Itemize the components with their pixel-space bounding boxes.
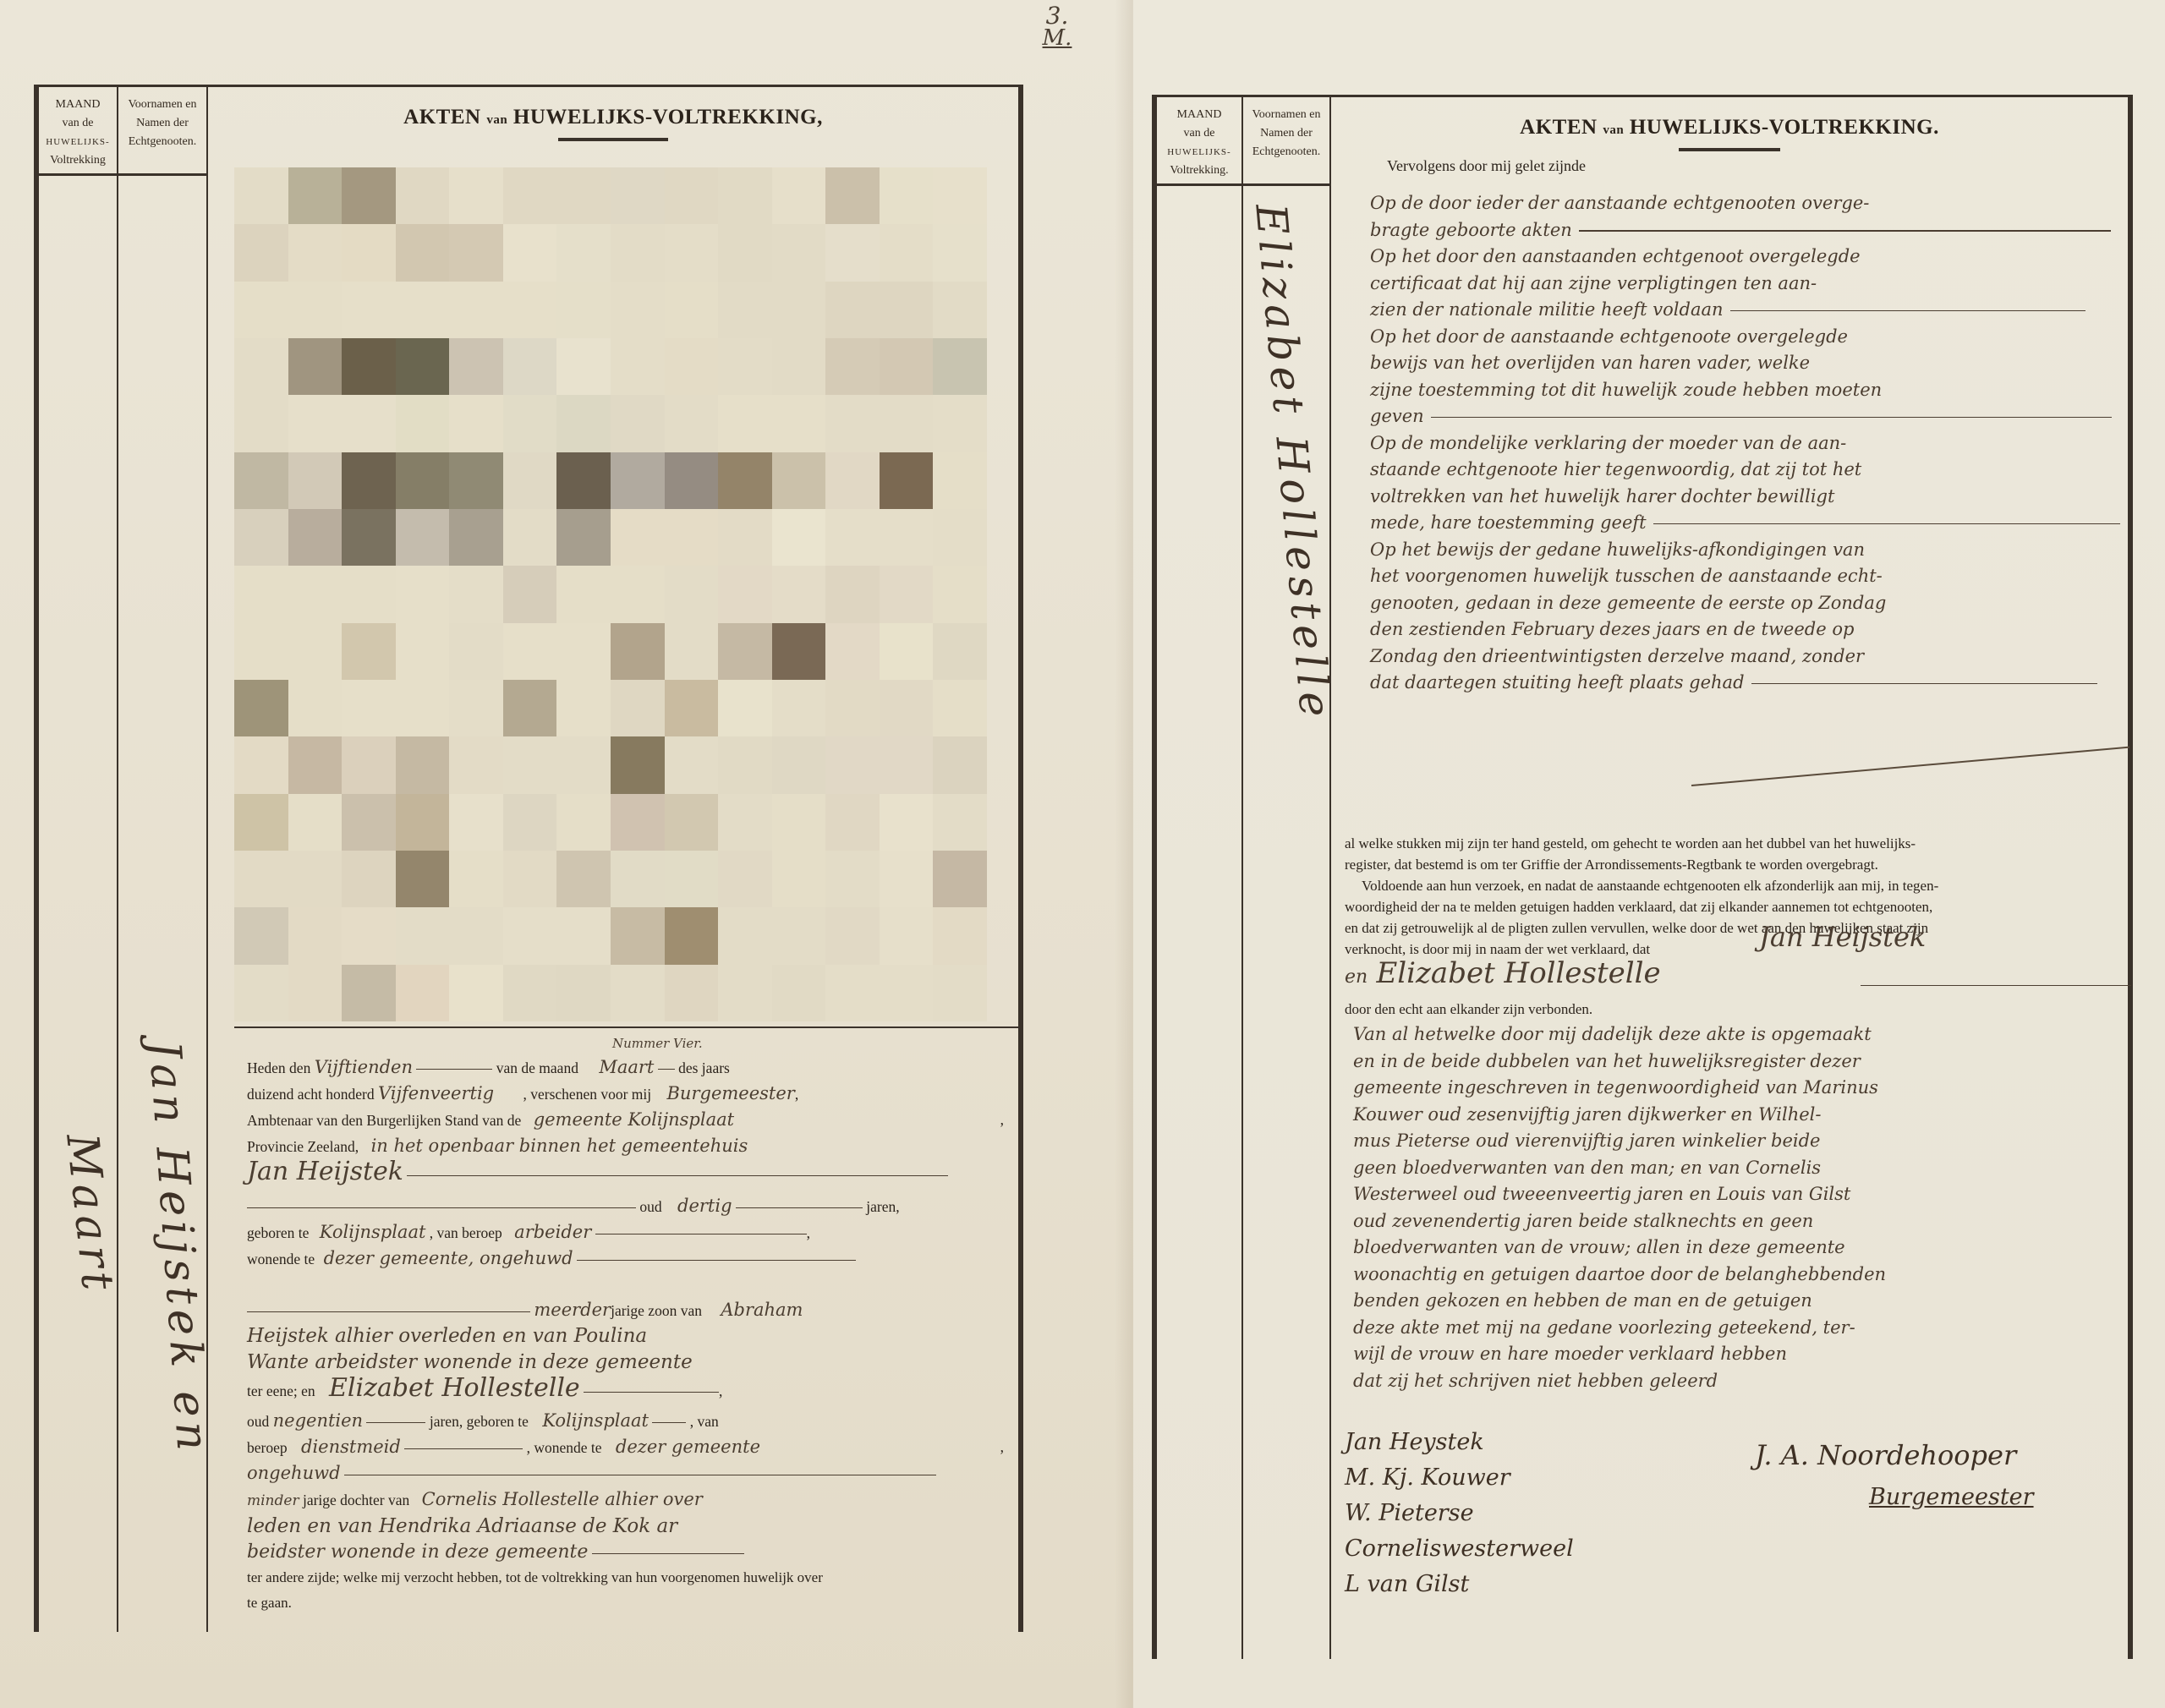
redacted-pixel	[396, 509, 450, 566]
redacted-pixel	[556, 224, 611, 281]
intro-text: Vervolgens door mij gelet zijnde	[1387, 157, 1586, 175]
consideration-line: genooten, gedaan in deze gemeente de eer…	[1370, 590, 2131, 617]
closing-line: Van al hetwelke door mij dadelijk deze a…	[1353, 1021, 2114, 1048]
label-van-beroep: , van beroep	[430, 1224, 502, 1241]
redacted-pixel	[503, 794, 557, 851]
redacted-pixel	[556, 794, 611, 851]
redacted-pixel	[718, 566, 772, 622]
redacted-pixel	[611, 623, 665, 680]
header-echtgenooten: Echtgenooten.	[118, 133, 206, 151]
redacted-pixel	[396, 965, 450, 1021]
consideration-line: het voorgenomen huwelijk tusschen de aan…	[1370, 563, 2131, 590]
redacted-pixel	[665, 680, 719, 736]
redacted-pixel	[503, 566, 557, 622]
redacted-pixel	[665, 965, 719, 1021]
consideration-line: bragte geboorte akten	[1370, 217, 2131, 244]
redacted-pixel	[396, 623, 450, 680]
bride-birthplace: Kolijnsplaat	[542, 1410, 649, 1431]
printed-line: al welke stukken mij zijn ter hand geste…	[1345, 833, 2131, 854]
redacted-pixel	[772, 167, 826, 224]
redacted-pixel	[825, 851, 880, 907]
redacted-pixel	[396, 736, 450, 793]
redacted-pixel	[825, 452, 880, 509]
groom-majority: meerder	[534, 1300, 611, 1320]
redacted-pixel	[288, 907, 343, 964]
redacted-pixel	[288, 282, 343, 338]
redacted-pixel	[288, 338, 343, 395]
redacted-pixel	[611, 907, 665, 964]
redacted-pixel	[611, 452, 665, 509]
groom-father-first: Abraham	[721, 1300, 803, 1320]
consideration-line: mede, hare toestemming geeft	[1370, 510, 2131, 537]
redacted-pixel	[772, 736, 826, 793]
redacted-pixel	[825, 509, 880, 566]
closing-paragraph: Van al hetwelke door mij dadelijk deze a…	[1353, 1021, 2114, 1394]
redacted-pixel	[933, 851, 987, 907]
redacted-pixel	[611, 794, 665, 851]
redacted-pixel	[718, 167, 772, 224]
redacted-pixel	[503, 907, 557, 964]
act-month: Maart	[599, 1057, 654, 1077]
redacted-pixel	[880, 851, 934, 907]
redacted-pixel	[718, 965, 772, 1021]
header-voornamen: Voornamen en	[118, 96, 206, 114]
redacted-pixel	[933, 736, 987, 793]
redacted-pixel	[556, 851, 611, 907]
redacted-pixel	[449, 907, 503, 964]
redacted-pixel	[288, 794, 343, 851]
redacted-pixel	[396, 282, 450, 338]
redacted-pixel	[288, 566, 343, 622]
closing-line: deze akte met mij na gedane voorlezing g…	[1353, 1315, 2114, 1342]
redacted-pixel	[880, 167, 934, 224]
redacted-pixel	[880, 395, 934, 452]
redacted-pixel	[880, 680, 934, 736]
redacted-pixel	[556, 566, 611, 622]
consideration-line: staande echtgenoote hier tegenwoordig, d…	[1370, 457, 2131, 484]
fill-line	[1431, 417, 2112, 419]
redacted-pixel	[772, 794, 826, 851]
redacted-pixel	[933, 680, 987, 736]
redacted-pixel	[396, 680, 450, 736]
signature-witness-van-gilst: L van Gilst	[1345, 1567, 1574, 1602]
label-wonende-te: wonende te	[247, 1251, 315, 1267]
redacted-pixel	[449, 623, 503, 680]
printed-declaration: al welke stukken mij zijn ter hand geste…	[1345, 833, 2131, 1020]
redacted-pixel	[449, 965, 503, 1021]
redacted-pixel	[611, 338, 665, 395]
groom-name: Jan Heijstek	[247, 1157, 403, 1186]
redacted-pixel	[772, 851, 826, 907]
redacted-pixel	[611, 680, 665, 736]
signature-witness-pieterse: W. Pieterse	[1345, 1496, 1574, 1531]
redacted-pixel	[933, 395, 987, 452]
redacted-pixel	[342, 965, 396, 1021]
redacted-pixel	[449, 338, 503, 395]
label-jarige-zoon-van: jarige zoon van	[611, 1302, 702, 1319]
label-des-jaars: des jaars	[678, 1059, 730, 1076]
act-day: Vijftienden	[315, 1057, 413, 1077]
redacted-pixel	[503, 965, 557, 1021]
title-huwelijks: HUWELIJKS-VOLTREKKING.	[1630, 116, 1939, 139]
redacted-pixel	[718, 623, 772, 680]
redacted-pixel	[718, 224, 772, 281]
header-voornamen: Voornamen en	[1243, 106, 1329, 124]
redacted-pixel	[665, 736, 719, 793]
redacted-pixel	[825, 736, 880, 793]
redacted-pixel	[234, 395, 288, 452]
consideration-line: zijne toestemming tot dit huwelijk zoude…	[1370, 377, 2131, 404]
redacted-pixel	[342, 851, 396, 907]
redacted-pixel	[825, 224, 880, 281]
redacted-pixel	[880, 736, 934, 793]
redacted-pixel	[396, 167, 450, 224]
consideration-line: Op de door ieder der aanstaande echtgeno…	[1370, 190, 2131, 217]
act-official: Burgemeester	[667, 1083, 795, 1103]
printed-line: register, dat bestemd is om ter Griffie …	[1345, 854, 2131, 875]
redacted-pixel	[825, 907, 880, 964]
redacted-pixel	[449, 395, 503, 452]
title-van: van	[1603, 123, 1624, 137]
redacted-pixel	[718, 794, 772, 851]
declared-and: en	[1345, 966, 1368, 988]
title-rule	[1679, 148, 1780, 151]
bride-status: ongehuwd	[247, 1463, 341, 1483]
redacted-pixel	[234, 282, 288, 338]
fill-line	[366, 1422, 425, 1423]
header-van-de: van de	[39, 114, 117, 133]
label-van: , van	[690, 1413, 719, 1430]
bride-parents-line-2: leden en van Hendrika Adriaanse de Kok a…	[247, 1515, 677, 1537]
bride-occupation: dienstmeid	[301, 1437, 401, 1457]
closing-line: benden gekozen en hebben de man en de ge…	[1353, 1288, 2114, 1315]
redacted-pixel	[880, 965, 934, 1021]
redacted-pixel	[718, 452, 772, 509]
signature-witness-westerweel: Corneliswesterweel	[1345, 1531, 1574, 1567]
label-duizend: duizend acht honderd	[247, 1086, 375, 1103]
redacted-pixel	[772, 623, 826, 680]
redacted-pixel	[288, 452, 343, 509]
label-provincie: Provincie Zeeland,	[247, 1138, 359, 1155]
redacted-pixel	[234, 965, 288, 1021]
redacted-pixel	[449, 224, 503, 281]
redacted-pixel	[718, 509, 772, 566]
printed-line: verknocht, is door mij in naam der wet v…	[1345, 941, 1650, 957]
redacted-pixel	[234, 509, 288, 566]
consideration-line: voltrekken van het huwelijk harer dochte…	[1370, 484, 2131, 511]
redacted-pixel	[556, 452, 611, 509]
redacted-region	[234, 167, 987, 1021]
redacted-pixel	[611, 509, 665, 566]
redacted-pixel	[342, 907, 396, 964]
names-column-header: Voornamen en Namen der Echtgenooten.	[118, 87, 206, 176]
closing-line: Westerweel oud tweeenveertig jaren en Lo…	[1353, 1181, 2114, 1208]
header-huwelijks: HUWELIJKS-	[1157, 143, 1241, 161]
redacted-pixel	[718, 395, 772, 452]
redacted-pixel	[396, 907, 450, 964]
act-number-note: Nummer Vier.	[612, 1031, 703, 1056]
redacted-pixel	[665, 623, 719, 680]
redacted-pixel	[933, 338, 987, 395]
redacted-pixel	[503, 282, 557, 338]
redacted-pixel	[665, 566, 719, 622]
redacted-pixel	[503, 167, 557, 224]
redacted-pixel	[503, 395, 557, 452]
label-ambtenaar: Ambtenaar van den Burgerlijken Stand van…	[247, 1112, 521, 1129]
closing-line: oud zevenendertig jaren beide stalknecht…	[1353, 1208, 2114, 1235]
redacted-pixel	[288, 224, 343, 281]
groom-parents-line-3: Wante arbeidster wonende in deze gemeent…	[247, 1351, 693, 1373]
redacted-pixel	[718, 680, 772, 736]
redacted-pixel	[342, 224, 396, 281]
redacted-pixel	[288, 965, 343, 1021]
redacted-pixel	[396, 566, 450, 622]
fill-line	[407, 1175, 948, 1176]
redacted-pixel	[880, 224, 934, 281]
redacted-pixel	[288, 623, 343, 680]
redacted-pixel	[503, 452, 557, 509]
marriage-act-text: Nummer Vier. Heden den Vijftienden van d…	[247, 1036, 1012, 1616]
fill-line	[658, 1069, 675, 1070]
label-oud: oud	[639, 1198, 661, 1215]
bride-parents-line-3: beidster wonende in deze gemeente	[247, 1541, 588, 1563]
redacted-pixel	[503, 736, 557, 793]
redacted-pixel	[772, 224, 826, 281]
month-column-header: MAAND van de HUWELIJKS- Voltrekking.	[1157, 97, 1241, 186]
closing-line: en in de beide dubbelen van het huwelijk…	[1353, 1048, 2114, 1076]
act-closing-line-1: ter andere zijde; welke mij verzocht heb…	[247, 1565, 1012, 1590]
label-jaren: jaren,	[866, 1198, 899, 1215]
redacted-pixel	[449, 509, 503, 566]
redacted-pixel	[503, 509, 557, 566]
fill-line	[416, 1069, 492, 1070]
consideration-line: Op het door de aanstaande echtgenoote ov…	[1370, 324, 2131, 351]
redacted-pixel	[933, 509, 987, 566]
label-heden-den: Heden den	[247, 1059, 310, 1076]
redacted-pixel	[342, 452, 396, 509]
redacted-pixel	[665, 338, 719, 395]
redacted-pixel	[342, 794, 396, 851]
header-voltrekking: Voltrekking.	[1157, 161, 1241, 180]
label-van-de-maand: van de maand	[496, 1059, 578, 1076]
redacted-pixel	[665, 794, 719, 851]
header-maand: MAAND	[39, 96, 117, 114]
redacted-pixel	[880, 566, 934, 622]
redacted-pixel	[611, 566, 665, 622]
redacted-pixel	[342, 736, 396, 793]
closing-line: dat zij het schrijven niet hebben geleer…	[1353, 1368, 2114, 1395]
redacted-pixel	[825, 566, 880, 622]
title-huwelijks: HUWELIJKS-VOLTREKKING,	[513, 106, 823, 129]
redacted-pixel	[234, 452, 288, 509]
header-huwelijks: HUWELIJKS-	[39, 133, 117, 151]
redacted-pixel	[933, 623, 987, 680]
fill-line	[736, 1207, 863, 1208]
groom-age: dertig	[677, 1196, 732, 1216]
redacted-pixel	[772, 452, 826, 509]
redacted-pixel	[933, 965, 987, 1021]
left-page: MAAND van de HUWELIJKS- Voltrekking Voor…	[0, 0, 1133, 1708]
groom-residence: dezer gemeente, ongehuwd	[324, 1248, 573, 1268]
header-voltrekking: Voltrekking	[39, 151, 117, 170]
header-van-de: van de	[1157, 124, 1241, 143]
redacted-pixel	[396, 452, 450, 509]
printed-line: en dat zij getrouwelijk al de pligten zu…	[1345, 917, 2131, 939]
redacted-pixel	[234, 224, 288, 281]
redacted-pixel	[342, 623, 396, 680]
redacted-pixel	[611, 282, 665, 338]
fill-line	[247, 1311, 530, 1312]
declared-groom: Jan Heijstek	[1759, 927, 1926, 948]
redacted-pixel	[234, 794, 288, 851]
mayor-signature: J. A. Noordehooper	[1755, 1437, 2016, 1473]
left-title-area: AKTEN van HUWELIJKS-VOLTREKKING,	[208, 87, 1018, 172]
closing-line: bloedverwanten van de vrouw; allen in de…	[1353, 1234, 2114, 1262]
redacted-pixel	[288, 680, 343, 736]
redacted-pixel	[234, 338, 288, 395]
consideration-line: bewijs van het overlijden van haren vade…	[1370, 350, 2131, 377]
redacted-pixel	[611, 851, 665, 907]
redacted-pixel	[234, 167, 288, 224]
redacted-pixel	[718, 282, 772, 338]
fill-line	[577, 1260, 856, 1261]
consideration-line: Op het bewijs der gedane huwelijks-afkon…	[1370, 537, 2131, 564]
header-namen-der: Namen der	[118, 114, 206, 133]
redacted-pixel	[503, 851, 557, 907]
signature-witness-kouwer: M. Kj. Kouwer	[1345, 1460, 1574, 1496]
redacted-pixel	[556, 395, 611, 452]
redacted-pixel	[288, 395, 343, 452]
redacted-pixel	[825, 623, 880, 680]
redacted-pixel	[665, 851, 719, 907]
signature-groom: Jan Heystek	[1345, 1425, 1574, 1460]
redacted-pixel	[825, 965, 880, 1021]
redacted-pixel	[933, 566, 987, 622]
act-municipality: gemeente Kolijnsplaat	[534, 1109, 734, 1130]
printed-line: Voldoende aan hun verzoek, en nadat de a…	[1345, 875, 2131, 896]
form-title: AKTEN van HUWELIJKS-VOLTREKKING.	[1331, 97, 2128, 140]
redacted-pixel	[665, 395, 719, 452]
redacted-pixel	[449, 167, 503, 224]
redacted-pixel	[825, 167, 880, 224]
redacted-pixel	[772, 907, 826, 964]
label-beroep: beroep	[247, 1439, 288, 1456]
redacted-pixel	[718, 851, 772, 907]
redacted-pixel	[556, 338, 611, 395]
closing-line: Kouwer oud zesenvijftig jaren dijkwerker…	[1353, 1102, 2114, 1129]
label-geboren-te: geboren te	[247, 1224, 309, 1241]
redacted-pixel	[234, 680, 288, 736]
declared-bride: Elizabet Hollestelle	[1376, 956, 1660, 990]
redacted-pixel	[503, 623, 557, 680]
fill-line	[247, 1207, 636, 1208]
redacted-pixel	[880, 509, 934, 566]
redacted-pixel	[611, 167, 665, 224]
mayor-title: Burgemeester	[1869, 1480, 2034, 1515]
redacted-pixel	[933, 282, 987, 338]
redacted-pixel	[396, 338, 450, 395]
header-maand: MAAND	[1157, 106, 1241, 124]
redacted-pixel	[611, 965, 665, 1021]
consideration-line: Op de mondelijke verklaring der moeder v…	[1370, 430, 2131, 457]
redacted-pixel	[933, 794, 987, 851]
redacted-pixel	[880, 338, 934, 395]
consideration-line: geven	[1370, 403, 2131, 430]
printed-line: woordigheid der na te melden getuigen ha…	[1345, 896, 2131, 917]
redacted-pixel	[880, 623, 934, 680]
redacted-pixel	[611, 395, 665, 452]
redacted-pixel	[880, 282, 934, 338]
fill-line	[1730, 310, 2086, 312]
redacted-pixel	[718, 736, 772, 793]
redacted-pixel	[234, 566, 288, 622]
redacted-pixel	[556, 965, 611, 1021]
fill-line	[1653, 523, 2120, 525]
redacted-pixel	[449, 452, 503, 509]
groom-birthplace: Kolijnsplaat	[320, 1222, 426, 1242]
redacted-pixel	[449, 851, 503, 907]
redacted-pixel	[611, 224, 665, 281]
consideration-line: zien der nationale militie heeft voldaan	[1370, 297, 2131, 324]
redacted-pixel	[449, 736, 503, 793]
redacted-pixel	[825, 282, 880, 338]
considerations-list: Op de door ieder der aanstaande echtgeno…	[1370, 190, 2131, 697]
redacted-pixel	[396, 395, 450, 452]
folio-mark: M.	[1019, 27, 1095, 49]
consideration-line: Op het door den aanstaanden echtgenoot o…	[1370, 244, 2131, 271]
redacted-pixel	[825, 395, 880, 452]
bride-parents-line-1: Cornelis Hollestelle alhier over	[422, 1489, 703, 1509]
closing-line: geen bloedverwanten van den man; en van …	[1353, 1155, 2114, 1182]
redacted-pixel	[825, 338, 880, 395]
redacted-pixel	[772, 338, 826, 395]
label-jaren-geboren-te: jaren, geboren te	[430, 1413, 529, 1430]
fill-line	[1579, 230, 2111, 232]
redacted-pixel	[556, 736, 611, 793]
redacted-pixel	[234, 623, 288, 680]
redacted-pixel	[234, 851, 288, 907]
act-year: Vijfenveertig	[378, 1083, 494, 1103]
redacted-pixel	[556, 282, 611, 338]
redacted-pixel	[718, 907, 772, 964]
redacted-pixel	[288, 167, 343, 224]
bride-name: Elizabet Hollestelle	[329, 1373, 580, 1403]
label-ter-eene: ter eene; en	[247, 1382, 315, 1399]
closing-line: gemeente ingeschreven in tegenwoordighei…	[1353, 1075, 2114, 1102]
redacted-pixel	[772, 395, 826, 452]
redacted-pixel	[288, 509, 343, 566]
redacted-pixel	[342, 282, 396, 338]
consideration-line: certificaat dat hij aan zijne verpligtin…	[1370, 271, 2131, 298]
redacted-pixel	[825, 680, 880, 736]
closing-line: wijl de vrouw en hare moeder verklaard h…	[1353, 1341, 2114, 1368]
redacted-pixel	[556, 680, 611, 736]
redacted-pixel	[665, 167, 719, 224]
title-akten: AKTEN	[1520, 116, 1597, 139]
redacted-pixel	[556, 509, 611, 566]
redacted-pixel	[288, 851, 343, 907]
redacted-pixel	[665, 509, 719, 566]
redacted-pixel	[933, 452, 987, 509]
redacted-pixel	[342, 566, 396, 622]
act-location: in het openbaar binnen het gemeentehuis	[371, 1136, 748, 1156]
closing-line: woonachtig en getuigen daartoe door de b…	[1353, 1262, 2114, 1289]
folio-number: 3. M.	[1019, 5, 1095, 56]
redacted-pixel	[772, 282, 826, 338]
redacted-pixel	[665, 224, 719, 281]
redacted-pixel	[718, 338, 772, 395]
bride-minority: minder	[247, 1492, 299, 1509]
